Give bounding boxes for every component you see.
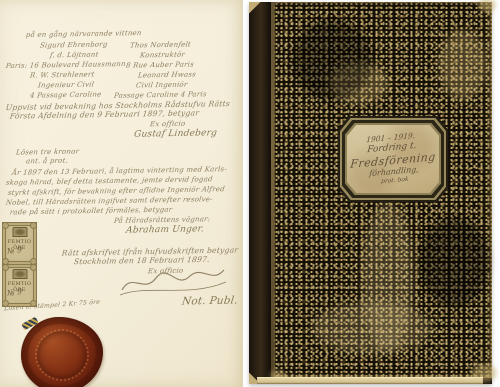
stamp-corner-rosette — [30, 300, 37, 307]
corner-wear — [478, 0, 496, 12]
ex-officio-note: Ex officio — [150, 121, 186, 129]
court-paragraph-line: rade på sätt i protokollet förmäles, bet… — [9, 207, 172, 217]
witness-title: Konstruktör — [140, 52, 186, 60]
witness-title: Ingenieur Civil — [38, 82, 95, 90]
judge-signature: Abraham Unger. — [125, 225, 204, 235]
stamp-corner-rosette — [2, 300, 9, 307]
book-pages-edge — [257, 377, 483, 384]
cover-dark-blotch — [292, 20, 372, 100]
book-spine — [249, 2, 271, 384]
witness-address: Paris: 16 Boulevard Haussmann — [5, 61, 126, 70]
cover-wear-blotch — [312, 302, 432, 354]
witness-address: 8 Rue Auber Paris — [125, 61, 194, 69]
stamp-crest-icon — [12, 227, 27, 237]
witness-address: Passage Caroline 4 Paris — [113, 91, 207, 100]
cover-title-label: 1901 – 1919. Fordring t. Fredsförening f… — [338, 116, 448, 202]
ledger-book-cover: 1901 – 1919. Fordring t. Fredsförening f… — [249, 2, 492, 384]
notary-abbrev: Not. Publ. — [181, 296, 238, 307]
fee-note-line: ant. å prot. — [26, 158, 69, 166]
cover-dark-blotch — [419, 217, 489, 307]
wax-seal — [21, 317, 103, 387]
witness-name: Sigurd Ehrenborg — [39, 41, 107, 49]
stamp-crest-icon — [12, 269, 27, 279]
wax-seal-emboss — [35, 329, 89, 381]
stamp-corner-rosette — [2, 222, 9, 229]
witness-title: Civil Ingeniör — [136, 82, 188, 90]
witness-intro-line: på en gång närvarande vittnen — [25, 30, 142, 39]
stamp-handnote: № 9 — [7, 288, 23, 298]
fee-note-line: Lösen tre kronor — [15, 148, 79, 156]
probate-attest-line: Första Afdelning den 9 Februari 1897, be… — [9, 109, 199, 120]
witness-title: f. d. Löjtnant — [50, 52, 99, 60]
stamp-corner-rosette — [2, 264, 9, 271]
court-paragraph-line: Nobel, till Häradsrätten ingifvet samt d… — [5, 196, 213, 207]
notary-signature-flourish — [118, 264, 230, 298]
stamp-handnote: № 9 — [7, 246, 23, 256]
witness-name: Thos Nordenfelt — [129, 41, 191, 49]
marbled-cover: 1901 – 1919. Fordring t. Fredsförening f… — [274, 2, 492, 378]
testament-document-page: på en gång närvarande vittnen Sigurd Ehr… — [0, 0, 243, 387]
revenue-stamp: FEMTIO ÖRE № 9 — [2, 222, 37, 265]
witness-name: Leonard Hwass — [138, 71, 197, 79]
archival-photo: på en gång närvarande vittnen Sigurd Ehr… — [0, 0, 500, 387]
revenue-stamp: FEMTIO ÖRE № 9 — [2, 264, 37, 307]
stamp-corner-rosette — [30, 264, 37, 271]
witness-address: 4 Passage Caroline — [29, 91, 101, 99]
label-line: prot. bok — [381, 176, 409, 184]
stamp-corner-rosette — [30, 222, 37, 229]
label-text: 1901 – 1919. Fordring t. Fredsförening f… — [345, 122, 440, 196]
witness-name: R. W. Strehlenert — [29, 71, 94, 79]
cover-wear-blotch — [439, 30, 487, 100]
clerk-signature: Gustaf Lindeberg — [133, 129, 217, 139]
